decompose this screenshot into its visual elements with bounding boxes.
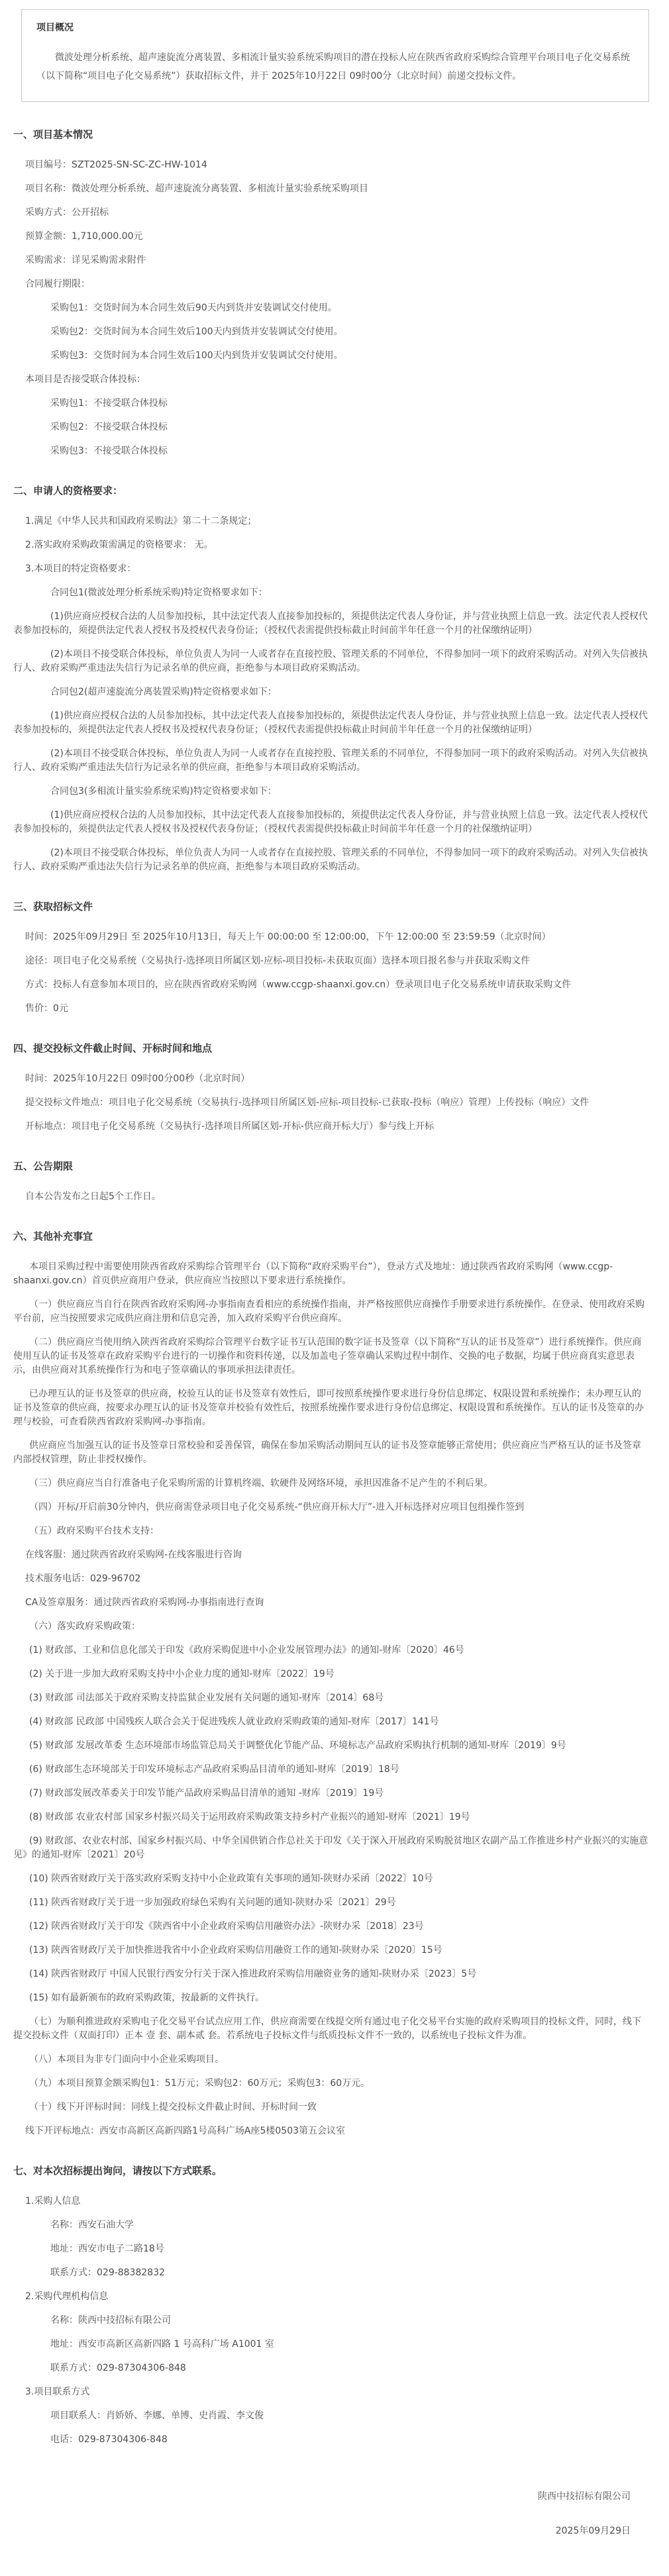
paragraph: (12) 陕西省财政厅关于印发《陕西省中小企业政府采购信用融资办法》-陕财办采〔… <box>13 1920 649 1934</box>
section-heading: 五、公告期限 <box>13 1159 649 1173</box>
paragraph: (13) 陕西省财政厅关于加快推进我省中小企业政府采购信用融资工作的通知-陕财办… <box>13 1944 649 1957</box>
paragraph: (11) 陕西省财政厅关于进一步加强政府绿色采购有关问题的通知-陕财办采〔202… <box>13 1896 649 1910</box>
paragraph: (5) 财政部 发展改革委 生态环境部市场监管总局关于调整优化节能产品、环境标志… <box>13 1739 649 1753</box>
paragraph: 途径：项目电子化交易系统（交易执行-选择项目所属区划-应标-项目投标-未获取页面… <box>25 954 649 968</box>
section-heading: 七、对本次招标提出询问，请按以下方式联系。 <box>13 2163 649 2177</box>
paragraph: 时间：2025年09月29日 至 2025年10月13日，每天上午 00:00:… <box>25 930 649 944</box>
paragraph: （四）开标/开启前30分钟内，供应商需登录项目电子化交易系统-“供应商开标大厅”… <box>13 1501 649 1514</box>
footer-company: 陕西中技招标有限公司 <box>13 2489 631 2504</box>
paragraph: 项目联系人：肖娇娇、李娜、单博、史肖霞、李文俊 <box>50 2409 649 2423</box>
paragraph: （五）政府采购平台技术支持： <box>13 1524 649 1538</box>
paragraph: CA及签章服务：通过陕西省政府采购网-办事指南进行查询 <box>25 1596 649 1610</box>
section-heading: 三、获取招标文件 <box>13 899 649 913</box>
paragraph: (4) 财政部 民政部 中国残疾人联合会关于促进残疾人就业政府采购政策的通知-财… <box>13 1715 649 1729</box>
paragraph: 合同履行期限： <box>25 277 649 291</box>
paragraph: (1)供应商应授权合法的人员参加投标，其中法定代表人直接参加投标的，须提供法定代… <box>13 709 649 737</box>
section: 五、公告期限自本公告发布之日起5个工作日。 <box>13 1159 649 1204</box>
section: 七、对本次招标提出询问，请按以下方式联系。1.采购人信息名称：西安石油大学地址：… <box>13 2163 649 2447</box>
paragraph: 联系方式：029-88382832 <box>50 2266 649 2280</box>
paragraph: 采购包3：交货时间为本合同生效后100天内到货并安装调试交付使用。 <box>50 349 649 363</box>
paragraph: 3.项目联系方式 <box>25 2385 649 2399</box>
paragraph: （七）为顺利推进政府采购电子化交易平台试点应用工作，供应商需要在线提交所有通过电… <box>13 2015 649 2043</box>
paragraph: 项目名称：微波处理分析系统、超声速旋流分离装置、多相流计量实验系统采购项目 <box>25 182 649 196</box>
section-heading: 二、申请人的资格要求： <box>13 483 649 497</box>
paragraph: (8) 财政部 农业农村部 国家乡村振兴局关于运用政府采购政策支持乡村产业振兴的… <box>13 1810 649 1824</box>
paragraph: (9) 财政部、农业农村部、国家乡村振兴局、中华全国供销合作总社关于印发《关于深… <box>13 1834 649 1862</box>
paragraph: 采购需求：详见采购需求附件 <box>25 254 649 268</box>
paragraph: 采购包2：不接受联合体投标 <box>50 421 649 434</box>
paragraph: 售价：0元 <box>25 1002 649 1016</box>
overview-title: 项目概况 <box>36 21 634 34</box>
paragraph: (1) 财政部、工业和信息化部关于印发《政府采购促进中小企业发展管理办法》的通知… <box>13 1644 649 1658</box>
paragraph: (7) 财政部发展改革委关于印发节能产品政府采购品目清单的通知 -财库〔2019… <box>13 1787 649 1801</box>
paragraph: 开标地点：项目电子化交易系统（交易执行-选择项目所属区划-开标-供应商开标大厅）… <box>25 1120 649 1134</box>
paragraph: (2)本项目不接受联合体投标，单位负责人为同一人或者存在直接控股、管理关系的不同… <box>13 648 649 675</box>
paragraph: 本项目采购过程中需要使用陕西省政府采购综合管理平台（以下简称“政府采购平台”），… <box>13 1260 649 1288</box>
paragraph: 采购包3：不接受联合体投标 <box>50 444 649 458</box>
section-heading: 四、提交投标文件截止时间、开标时间和地点 <box>13 1041 649 1055</box>
paragraph: 名称：西安石油大学 <box>50 2218 649 2232</box>
paragraph: 采购包2：交货时间为本合同生效后100天内到货并安装调试交付使用。 <box>50 325 649 339</box>
paragraph: 供应商应当加强互认的证书及签章日常校验和妥善保管，确保在参加采购活动期间互认的证… <box>13 1439 649 1467</box>
paragraph: 1.满足《中华人民共和国政府采购法》第二十二条规定； <box>25 515 649 528</box>
paragraph: 预算金额：1,710,000.00元 <box>25 230 649 244</box>
paragraph: 名称：陕西中技招标有限公司 <box>50 2314 649 2328</box>
section: 一、项目基本情况项目编号：SZT2025-SN-SC-ZC-HW-1014项目名… <box>13 127 649 458</box>
section: 二、申请人的资格要求：1.满足《中华人民共和国政府采购法》第二十二条规定；2.落… <box>13 483 649 874</box>
paragraph: (2)本项目不接受联合体投标，单位负责人为同一人或者存在直接控股、管理关系的不同… <box>13 747 649 775</box>
paragraph: 方式：投标人有意参加本项目的，应在陕西省政府采购网（www.ccgp-shaan… <box>25 978 649 992</box>
section: 三、获取招标文件时间：2025年09月29日 至 2025年10月13日，每天上… <box>13 899 649 1016</box>
paragraph: 自本公告发布之日起5个工作日。 <box>25 1190 649 1204</box>
paragraph: 采购包1：不接受联合体投标 <box>50 397 649 411</box>
paragraph: 已办理互认的证书及签章的供应商，校验互认的证书及签章有效性后，即可按照系统操作要… <box>13 1387 649 1429</box>
paragraph: （二）供应商应当使用纳入陕西省政府采购综合管理平台数字证书互认范围的数字证书及签… <box>13 1336 649 1377</box>
paragraph: 2.采购代理机构信息 <box>25 2290 649 2304</box>
project-overview-box: 项目概况 微波处理分析系统、超声速旋流分离装置、多相流计量实验系统采购项目的潜在… <box>21 9 649 102</box>
paragraph: （九）本项目预算金额采购包1：51万元；采购包2：60万元；采购包3：60万元。 <box>13 2077 649 2091</box>
paragraph: （三）供应商应当自行准备电子化采购所需的计算机终端、软硬件及网络环境，承担因准备… <box>13 1477 649 1491</box>
section-heading: 六、其他补充事宜 <box>13 1229 649 1243</box>
document-body: 一、项目基本情况项目编号：SZT2025-SN-SC-ZC-HW-1014项目名… <box>13 127 649 2447</box>
paragraph: (2) 关于进一步加大政府采购支持中小企业力度的通知-财库〔2022〕19号 <box>13 1667 649 1681</box>
section: 六、其他补充事宜本项目采购过程中需要使用陕西省政府采购综合管理平台（以下简称“政… <box>13 1229 649 2138</box>
paragraph: 时间：2025年10月22日 09时00分00秒（北京时间） <box>25 1072 649 1086</box>
paragraph: 采购方式：公开招标 <box>25 206 649 220</box>
paragraph: （十）线下开评标时间：同线上提交投标文件截止时间、开标时间一致 <box>13 2101 649 2114</box>
overview-text: 微波处理分析系统、超声速旋流分离装置、多相流计量实验系统采购项目的潜在投标人应在… <box>36 48 634 85</box>
section: 四、提交投标文件截止时间、开标时间和地点时间：2025年10月22日 09时00… <box>13 1041 649 1134</box>
paragraph: 技术服务电话：029-96702 <box>25 1572 649 1586</box>
footer-date: 2025年09月29日 <box>13 2524 631 2538</box>
footer: 陕西中技招标有限公司 2025年09月29日 <box>13 2489 649 2539</box>
paragraph: （一）供应商应当自行在陕西省政府采购网-办事指南查看相应的系统操作指南，并严格按… <box>13 1298 649 1326</box>
paragraph: 电话：029-87304306-848 <box>50 2433 649 2447</box>
paragraph: (14) 陕西省财政厅 中国人民银行西安分行关于深入推进政府采购信用融资业务的通… <box>13 1967 649 1981</box>
paragraph: 提交投标文件地点：项目电子化交易系统（交易执行-选择项目所属区划-应标-项目投标… <box>25 1096 649 1110</box>
paragraph: 地址：西安市电子二路18号 <box>50 2242 649 2256</box>
paragraph: (3) 财政部 司法部关于政府采购支持监狱企业发展有关问题的通知-财库〔2014… <box>13 1691 649 1705</box>
paragraph: 合同包2(超声速旋流分离装置采购)特定资格要求如下： <box>50 685 649 699</box>
paragraph: 在线客服：通过陕西省政府采购网-在线客服进行咨询 <box>25 1548 649 1562</box>
paragraph: (6) 财政部生态环境部关于印发环境标志产品政府采购品目清单的通知-财库〔201… <box>13 1763 649 1777</box>
paragraph: 采购包1：交货时间为本合同生效后90天内到货并安装调试交付使用。 <box>50 301 649 315</box>
paragraph: （八）本项目为非专门面向中小企业采购项目。 <box>13 2053 649 2067</box>
paragraph: 线下开评标地点：西安市高新区高新四路1号高科广场A座5楼0503第五会议室 <box>25 2124 649 2138</box>
paragraph: 项目编号：SZT2025-SN-SC-ZC-HW-1014 <box>25 158 649 172</box>
paragraph: (1)供应商应授权合法的人员参加投标，其中法定代表人直接参加投标的，须提供法定代… <box>13 610 649 638</box>
paragraph: (15) 如有最新颁布的政府采购政策，按最新的文件执行。 <box>13 1991 649 2005</box>
paragraph: (2)本项目不接受联合体投标，单位负责人为同一人或者存在直接控股、管理关系的不同… <box>13 846 649 874</box>
paragraph: 1.采购人信息 <box>25 2195 649 2208</box>
procurement-announcement-document: 项目概况 微波处理分析系统、超声速旋流分离装置、多相流计量实验系统采购项目的潜在… <box>0 0 669 2576</box>
paragraph: 本项目是否接受联合体投标： <box>25 373 649 387</box>
paragraph: （六）落实政府采购政策： <box>13 1620 649 1634</box>
paragraph: (10) 陕西省财政厅关于落实政府采购支持中小企业政策有关事项的通知-陕财办采函… <box>13 1872 649 1886</box>
paragraph: 2.落实政府采购政策需满足的资格要求： 无。 <box>25 538 649 552</box>
section-heading: 一、项目基本情况 <box>13 127 649 141</box>
paragraph: 联系方式：029-87304306-848 <box>50 2361 649 2375</box>
paragraph: (1)供应商应授权合法的人员参加投标，其中法定代表人直接参加投标的，须提供法定代… <box>13 809 649 836</box>
paragraph: 合同包3(多相流计量实验系统采购)特定资格要求如下： <box>50 785 649 799</box>
paragraph: 合同包1(微波处理分析系统采购)特定资格要求如下： <box>50 586 649 600</box>
paragraph: 3.本项目的特定资格要求： <box>25 562 649 576</box>
paragraph: 地址：西安市高新区高新四路 1 号高科广场 A1001 室 <box>50 2338 649 2352</box>
